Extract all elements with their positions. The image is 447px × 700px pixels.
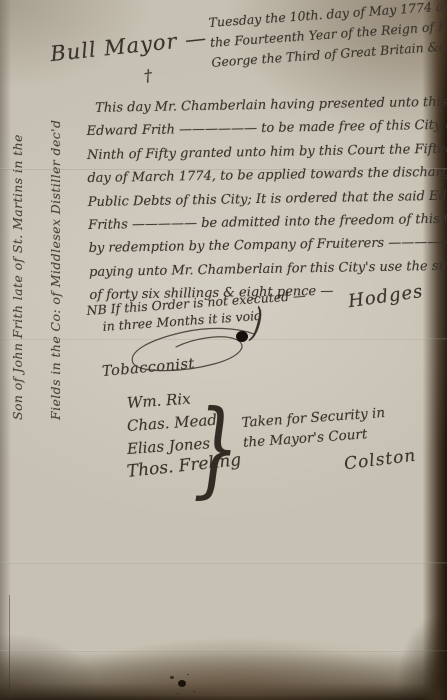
order-text: This day Mr. Chamberlain having presente…: [86, 91, 447, 308]
security-attestation: Taken for Security in the Mayor's Court: [241, 403, 387, 453]
bottom-stain: [60, 638, 400, 696]
corner-stain: [398, 615, 447, 700]
security-signature: Colston: [343, 446, 417, 475]
mayor-name: Bull Mayor —: [49, 26, 208, 66]
page-edge-crease: [9, 595, 10, 700]
margin-note-line-2: Fields in the Co: of Middlesex Distiller…: [48, 120, 63, 420]
margin-note-line-1: Son of John Frith late of St. Martins in…: [10, 134, 25, 420]
ink-splatter: [178, 680, 186, 687]
document-page: Bull Mayor — † Tuesday the 10th. day of …: [0, 0, 447, 700]
fold-crease: [0, 650, 447, 652]
grouping-brace: }: [193, 398, 239, 498]
fold-crease: [0, 562, 447, 564]
date-heading: Tuesday the 10th. day of May 1774 and in…: [208, 0, 447, 73]
cross-mark-icon: †: [143, 66, 154, 86]
ink-blot: [236, 331, 248, 342]
